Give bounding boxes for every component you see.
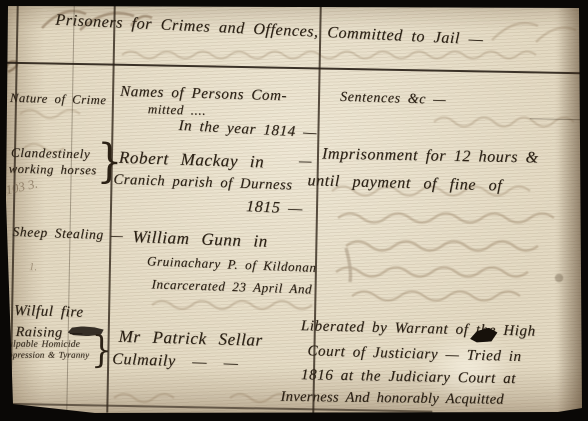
- crime-line: Clandestinely: [11, 145, 91, 162]
- crime-line: Wilful fire: [14, 303, 84, 322]
- column-header-sentences: Sentences &c —: [340, 90, 447, 109]
- column-header-nature: Nature of Crime: [10, 91, 107, 108]
- page-header: Prisoners for Crimes and Offences, Commi…: [55, 12, 484, 50]
- name-line: Culmaily — —: [112, 351, 239, 374]
- crime-inserted-line: Culpable Homicide: [1, 340, 80, 350]
- margin-mark: 1.: [29, 261, 37, 273]
- margin-mark: 2: [0, 332, 5, 348]
- brace-mark: }: [91, 331, 112, 368]
- sentence-line: 1816 at the Judiciary Court at: [301, 367, 516, 388]
- header-rule: [0, 62, 588, 75]
- register-photo: Prisoners for Crimes and Offences, Commi…: [0, 0, 588, 421]
- sentence-line: Inverness And honorably Acquitted: [280, 389, 504, 409]
- name-line: Robert Mackay in: [119, 148, 265, 173]
- crime-line: working horses: [9, 162, 97, 179]
- crime-inserted-line: Oppression & Tyranny: [1, 350, 89, 360]
- margin-mark: 103 3.: [4, 176, 39, 199]
- page-edge-shadow: [558, 0, 588, 421]
- name-line: Mr Patrick Sellar: [118, 327, 263, 351]
- name-line: William Gunn in: [132, 227, 268, 252]
- ledger-sheet: Prisoners for Crimes and Offences, Commi…: [0, 0, 588, 421]
- name-line: Cranich parish of Durness: [113, 172, 293, 195]
- name-line: Gruinachary P. of Kildonan: [147, 253, 317, 276]
- year-heading-1814: In the year 1814 —: [178, 118, 317, 142]
- name-line: Incarcerated 23 April And: [151, 276, 312, 297]
- sentence-line: Liberated by Warrant of the High: [301, 318, 536, 341]
- sentence-line: until payment of fine of: [307, 172, 502, 195]
- sentence-line: Court of Justiciary — Tried in: [307, 343, 522, 366]
- sentence-line: Imprisonment for 12 hours &: [322, 146, 539, 168]
- crime-line: Sheep Stealing —: [12, 224, 123, 244]
- year-heading-1815: 1815 —: [246, 198, 304, 219]
- column-header-names-line2: mitted ....: [148, 101, 207, 119]
- dash-mark: —: [299, 154, 312, 170]
